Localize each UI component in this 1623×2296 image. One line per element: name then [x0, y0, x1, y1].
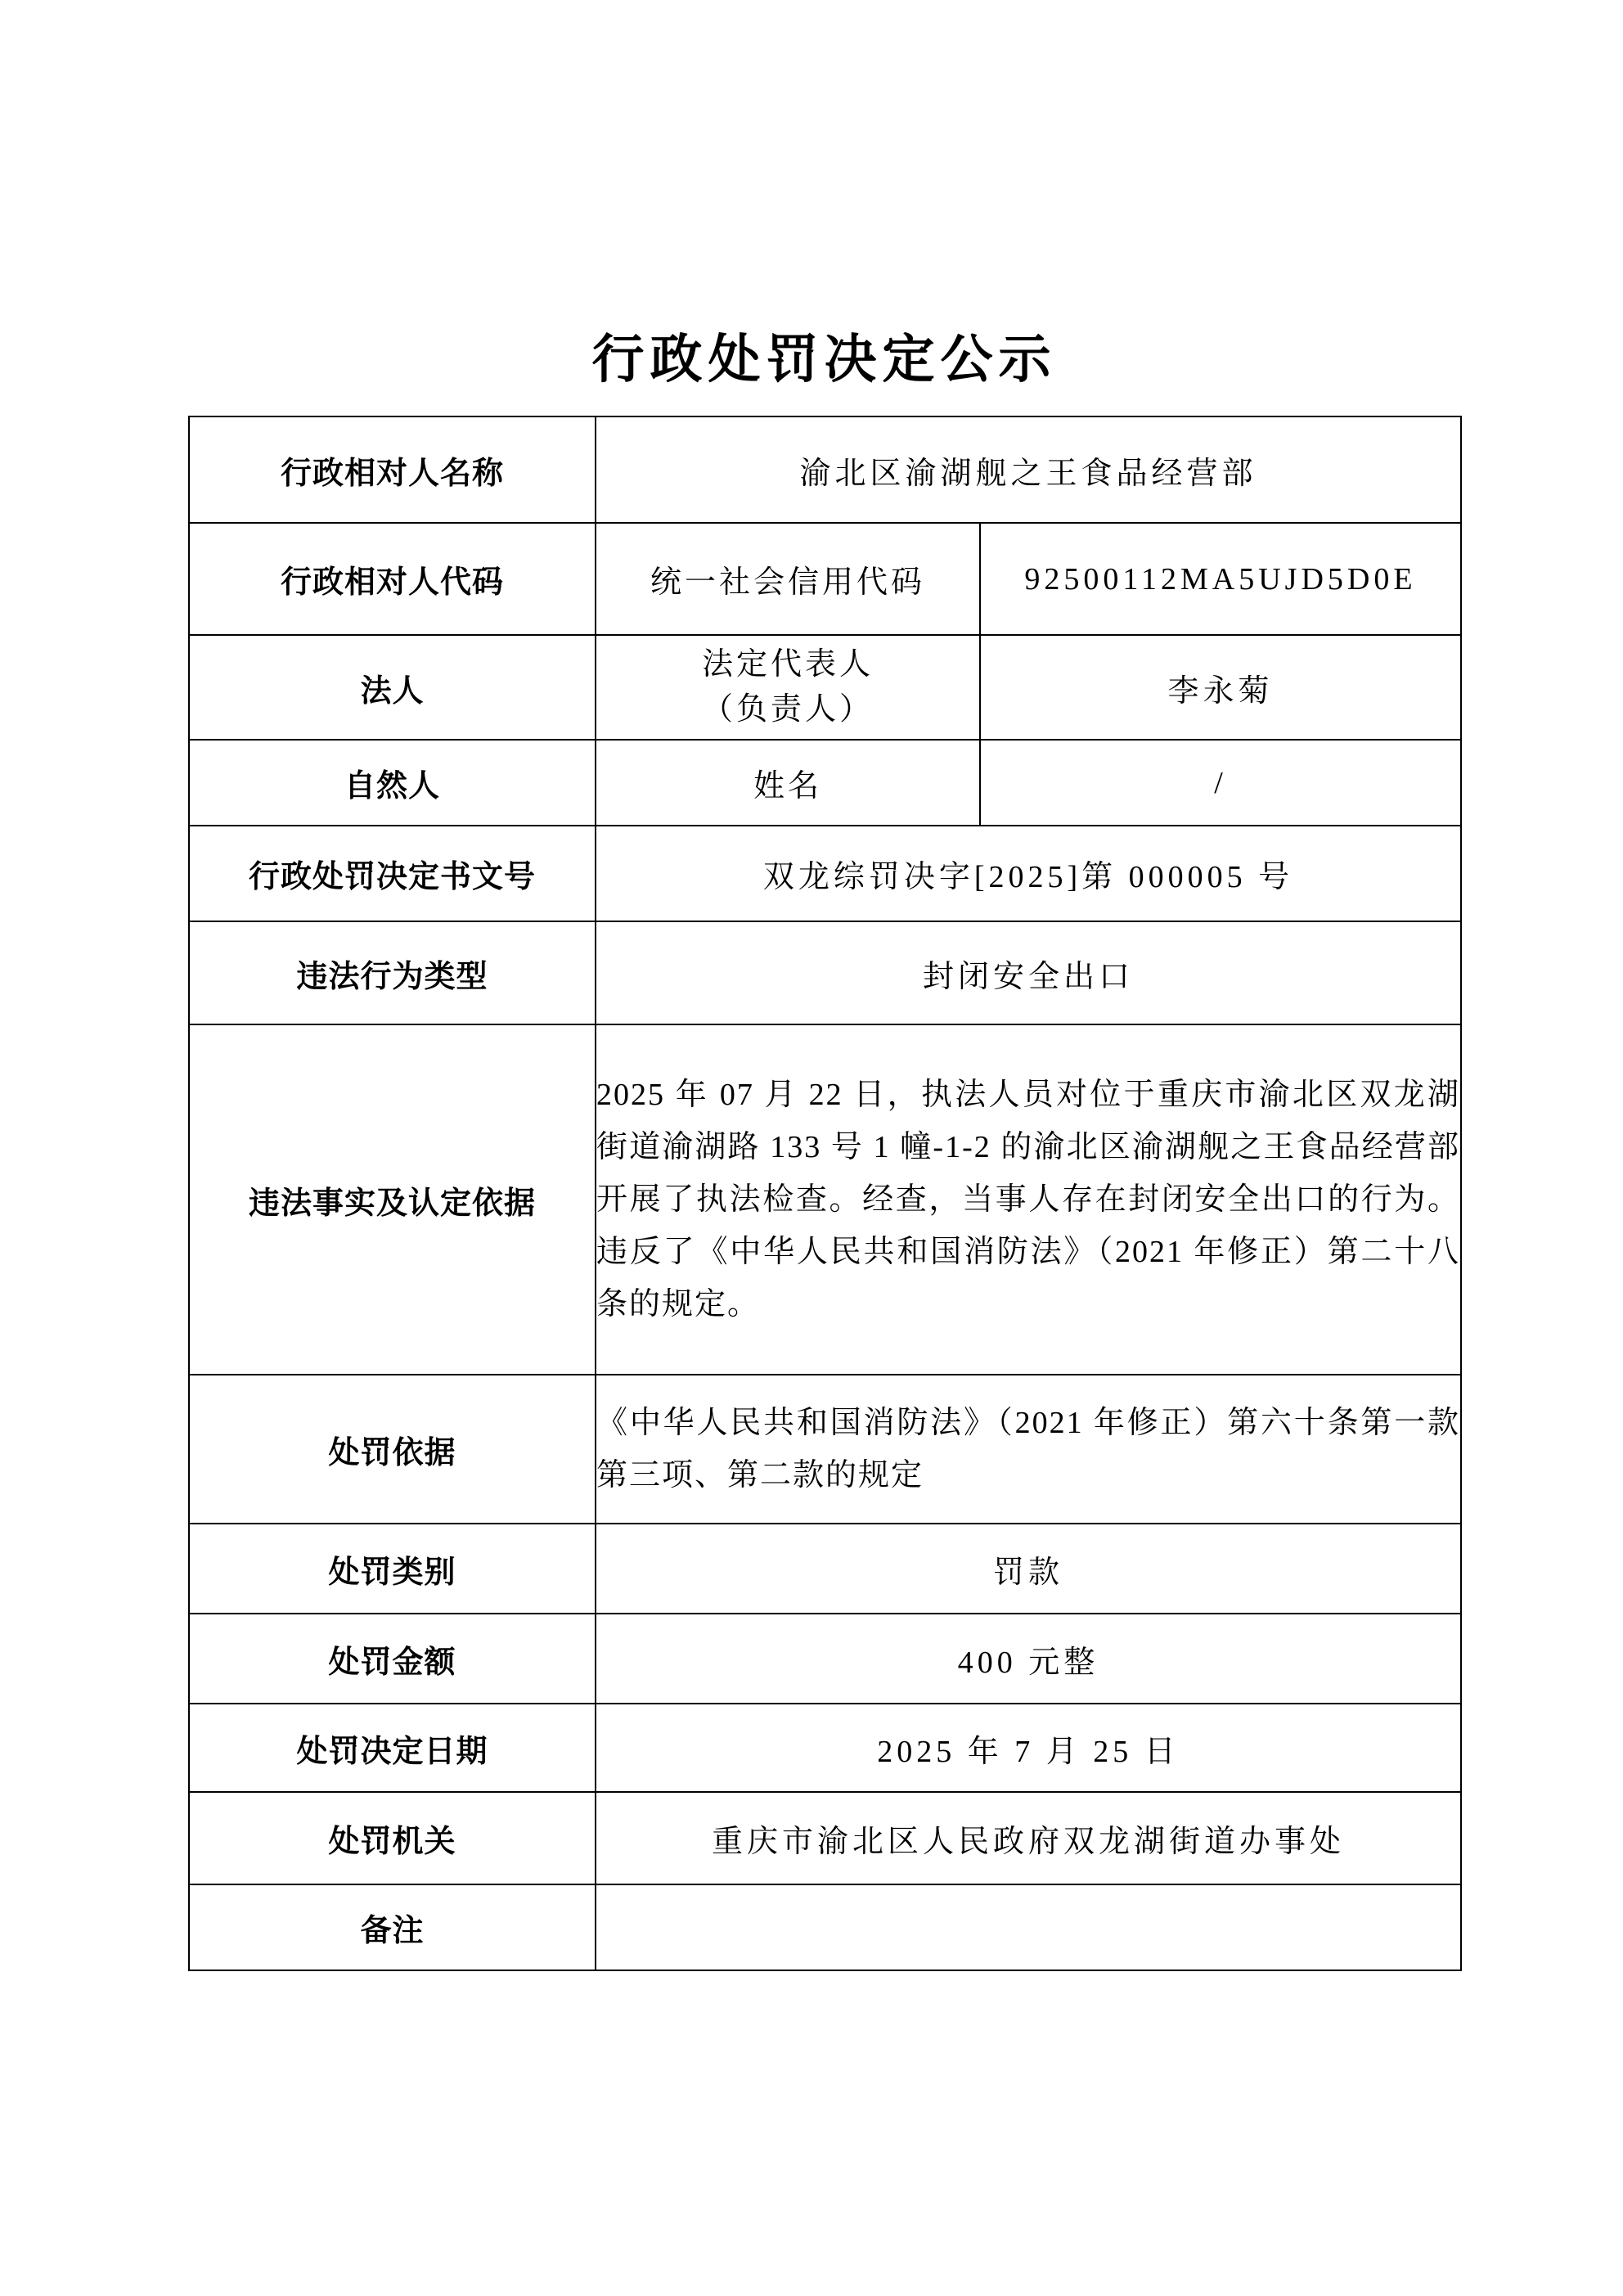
table-row-violation-facts: 违法事实及认定依据 2025 年 07 月 22 日，执法人员对位于重庆市渝北区… [189, 1024, 1461, 1375]
table-row-legal-person: 法人 法定代表人 （负责人） 李永菊 [189, 635, 1461, 740]
row-label: 行政相对人代码 [189, 523, 596, 635]
table-row-penalty-amount: 处罚金额 400 元整 [189, 1614, 1461, 1704]
row-value: 2025 年 07 月 22 日，执法人员对位于重庆市渝北区双龙湖街道渝湖路 1… [596, 1024, 1461, 1375]
sublabel-line-1: 法定代表人 [596, 642, 979, 687]
table-row-penalty-basis: 处罚依据 《中华人民共和国消防法》（2021 年修正）第六十条第一款第三项、第二… [189, 1375, 1461, 1524]
row-value: 92500112MA5UJD5D0E [980, 523, 1461, 635]
row-value [596, 1884, 1461, 1970]
document-title: 行政处罚决定公示 [188, 317, 1460, 393]
row-value: 封闭安全出口 [596, 921, 1461, 1024]
table-row-penalty-authority: 处罚机关 重庆市渝北区人民政府双龙湖街道办事处 [189, 1792, 1461, 1884]
row-label: 处罚机关 [189, 1792, 596, 1884]
row-label: 处罚依据 [189, 1375, 596, 1524]
table-row-decision-date: 处罚决定日期 2025 年 7 月 25 日 [189, 1704, 1461, 1792]
table-row-party-name: 行政相对人名称 渝北区渝湖舰之王食品经营部 [189, 416, 1461, 523]
row-label: 备注 [189, 1884, 596, 1970]
penalty-decision-table: 行政相对人名称 渝北区渝湖舰之王食品经营部 行政相对人代码 统一社会信用代码 9… [188, 416, 1462, 1971]
row-value: 双龙综罚决字[2025]第 000005 号 [596, 826, 1461, 921]
row-label: 行政处罚决定书文号 [189, 826, 596, 921]
table-row-natural-person: 自然人 姓名 / [189, 740, 1461, 826]
row-value: 《中华人民共和国消防法》（2021 年修正）第六十条第一款第三项、第二款的规定 [596, 1375, 1461, 1524]
row-label: 法人 [189, 635, 596, 740]
row-label: 处罚金额 [189, 1614, 596, 1704]
row-value: / [980, 740, 1461, 826]
row-value: 罚款 [596, 1524, 1461, 1614]
row-value: 渝北区渝湖舰之王食品经营部 [596, 416, 1461, 523]
row-label: 自然人 [189, 740, 596, 826]
row-label: 处罚决定日期 [189, 1704, 596, 1792]
row-label: 违法事实及认定依据 [189, 1024, 596, 1375]
table-row-penalty-category: 处罚类别 罚款 [189, 1524, 1461, 1614]
table-row-decision-doc-number: 行政处罚决定书文号 双龙综罚决字[2025]第 000005 号 [189, 826, 1461, 921]
table-row-remarks: 备注 [189, 1884, 1461, 1970]
row-sublabel: 姓名 [596, 740, 980, 826]
table-row-violation-type: 违法行为类型 封闭安全出口 [189, 921, 1461, 1024]
row-value: 400 元整 [596, 1614, 1461, 1704]
sublabel-line-2: （负责人） [596, 687, 979, 732]
row-value: 2025 年 7 月 25 日 [596, 1704, 1461, 1792]
row-label: 行政相对人名称 [189, 416, 596, 523]
row-value: 李永菊 [980, 635, 1461, 740]
row-sublabel: 统一社会信用代码 [596, 523, 980, 635]
table-row-party-code: 行政相对人代码 统一社会信用代码 92500112MA5UJD5D0E [189, 523, 1461, 635]
document-page: 行政处罚决定公示 行政相对人名称 渝北区渝湖舰之王食品经营部 行政相对人代码 统… [0, 0, 1623, 2296]
row-sublabel: 法定代表人 （负责人） [596, 635, 980, 740]
row-value: 重庆市渝北区人民政府双龙湖街道办事处 [596, 1792, 1461, 1884]
row-label: 违法行为类型 [189, 921, 596, 1024]
row-label: 处罚类别 [189, 1524, 596, 1614]
